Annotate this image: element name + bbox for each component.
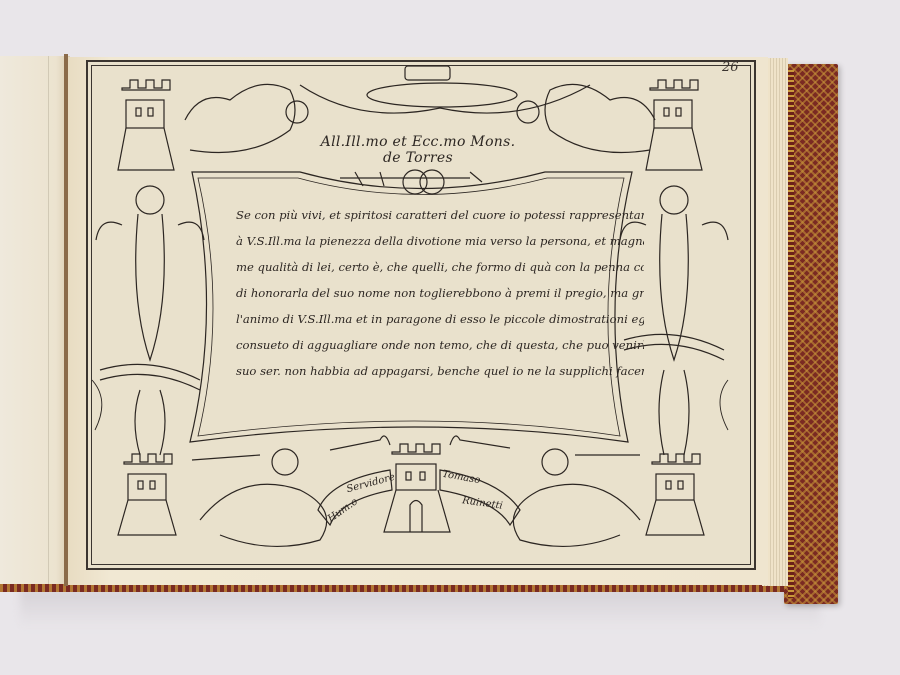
putto-flying-top-left bbox=[185, 84, 295, 152]
tower-bottom-left bbox=[118, 454, 176, 535]
calligraphic-letter: Se con più vivi, et spiritosi caratteri … bbox=[236, 202, 644, 384]
putto-winged-left bbox=[96, 186, 204, 455]
letter-line: me qualità di lei, certo è, che quelli, … bbox=[236, 254, 644, 280]
page-number: 26 bbox=[722, 60, 739, 75]
letter-line: consueto di agguagliare onde non temo, c… bbox=[236, 332, 644, 358]
letter-line: l'animo di V.S.Ill.ma et in paragone di … bbox=[236, 306, 644, 332]
crown-garland-top bbox=[367, 83, 517, 107]
letter-line: di honorarla del suo nome non toglierebb… bbox=[236, 280, 644, 306]
putto-flying-top-right bbox=[545, 84, 655, 152]
tower-bottom-right bbox=[646, 454, 704, 535]
tower-top-right bbox=[646, 80, 702, 170]
tower-top-left bbox=[118, 80, 174, 170]
letter-line: à V.S.Ill.ma la pienezza della divotione… bbox=[236, 228, 644, 254]
putto-trumpeter-right bbox=[450, 436, 640, 546]
letter-line: suo ser. non habbia ad appagarsi, benche… bbox=[236, 358, 644, 384]
dedication-heading: All.Ill.mo et Ecc.mo Mons. de Torres bbox=[318, 134, 518, 166]
letter-line: Se con più vivi, et spiritosi caratteri … bbox=[236, 202, 644, 228]
